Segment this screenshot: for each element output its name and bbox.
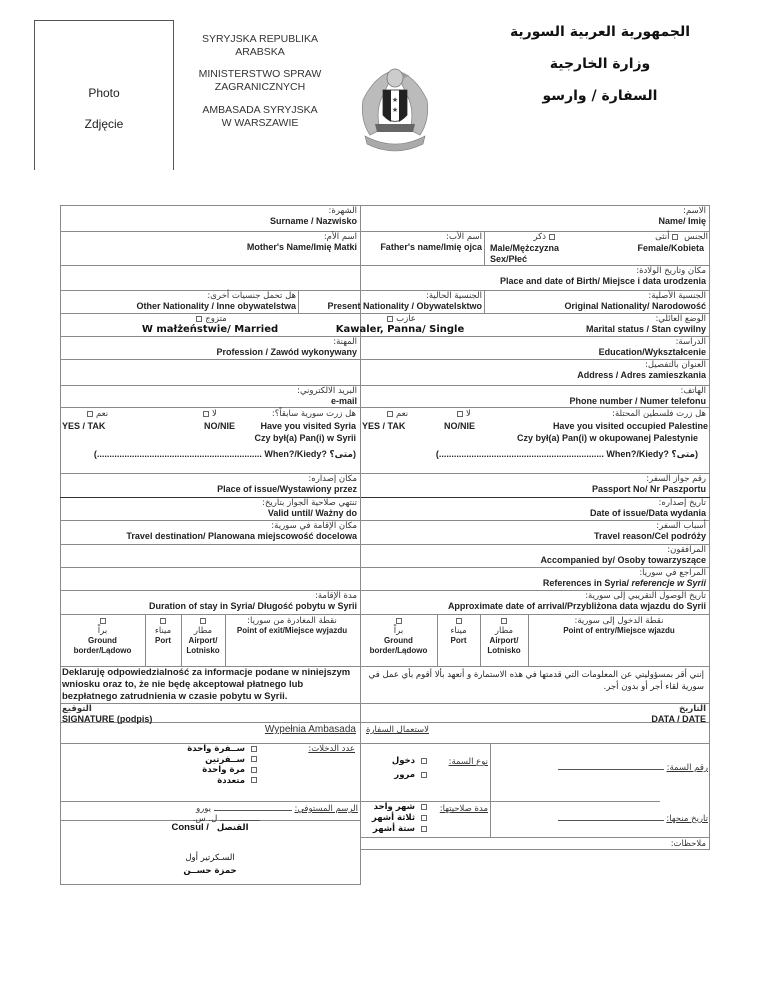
entry-ground-option[interactable]: براً Ground border/Lądowo	[360, 616, 437, 656]
visited-syria-when-field[interactable]: (متى؟ ?When?/Kiedy .....................…	[62, 449, 356, 460]
marital-status-label: الوضع العائلي: Marital status / Stan cyw…	[520, 314, 706, 334]
visited-palestine-when-field[interactable]: (متى؟ ?When?/Kiedy .....................…	[362, 449, 698, 460]
validity-checkbox[interactable]	[421, 815, 427, 821]
visa-type-options: دخول مرور	[370, 754, 430, 782]
present-nationality-field[interactable]: الجنسية الحالية: Present Nationality / O…	[300, 291, 482, 311]
secretary-name: حمزة حســن	[60, 866, 360, 876]
married-option[interactable]: متزوج W małżeństwie/ Married	[110, 314, 310, 335]
entry-port-option[interactable]: ميناء Port	[437, 616, 480, 646]
validity-label: مدة صلاحيتها:	[420, 804, 488, 814]
entries-count-label: عدد الدخلات:	[250, 744, 355, 754]
exit-ground-option[interactable]: براً Ground border/Lądowo	[60, 616, 145, 656]
entries-options: ســفرة واحدة ســفرتين مرة واحدة متعددة	[140, 744, 260, 786]
exit-ground-checkbox[interactable]	[100, 618, 106, 624]
entries-option-checkbox[interactable]	[251, 746, 257, 752]
entry-airport-option[interactable]: مطار Airport/ Lotnisko	[480, 616, 528, 656]
duration-of-stay-field[interactable]: مدة الإقامة:Duration of stay in Syria/ D…	[62, 591, 357, 611]
entry-ground-checkbox[interactable]	[396, 618, 402, 624]
visa-number-field[interactable]: رقم السمة:	[494, 763, 708, 773]
grant-date-field[interactable]: تاريخ منحها:	[494, 814, 708, 824]
visa-type-label: نوع السمة:	[430, 757, 488, 767]
surname-field[interactable]: الشهرة: Surname / Nazwisko	[62, 206, 357, 226]
date-field[interactable]: التاريخ DATA / DATE	[362, 704, 706, 724]
arrival-date-field[interactable]: تاريخ الوصول التقريبي إلى سورية:Approxim…	[362, 591, 706, 611]
email-field[interactable]: البريد الالكتروني: e-mail	[62, 386, 357, 406]
visited-syria-yes-checkbox[interactable]	[87, 411, 93, 417]
validity-checkbox[interactable]	[421, 826, 427, 832]
father-name-field[interactable]: اسم الأب: Father's name/Imię ojca	[362, 232, 482, 252]
exit-airport-checkbox[interactable]	[200, 618, 206, 624]
consul-label: Consul / القنصل	[60, 822, 360, 833]
signature-field[interactable]: التوقيع SIGNATURE (podpis)	[62, 704, 358, 724]
photo-label: Photo	[35, 86, 173, 100]
embassy-use-header-ar: لاستعمال السفارة	[366, 725, 429, 735]
secretary-title: السـكرتير أول	[60, 853, 360, 863]
header-embassy-ar: السفارة / وارسو	[480, 88, 720, 104]
entries-option-checkbox[interactable]	[251, 756, 257, 762]
declaration-text-ar: إنني أقر بمسؤوليتي عن المعلومات التي قدم…	[366, 669, 704, 693]
validity-checkbox[interactable]	[421, 804, 427, 810]
other-nationality-field[interactable]: هل تحمل جنسيات أخرى: Other Nationality /…	[62, 291, 296, 311]
phone-field[interactable]: الهاتف: Phone number / Numer telefonu	[362, 386, 706, 406]
female-checkbox[interactable]	[672, 234, 678, 240]
embassy-use-header-pl: Wypełnia Ambasada	[200, 724, 356, 735]
syrian-eagle-emblem-icon: ★ ★	[355, 60, 435, 155]
exit-port-option[interactable]: ميناء Port	[145, 616, 181, 646]
header-country-pl: SYRYJSKA REPUBLIKAARABSKA	[190, 33, 330, 59]
travel-reason-field[interactable]: أسباب السفر:Travel reason/Cel podróży	[362, 521, 706, 541]
married-checkbox[interactable]	[196, 316, 202, 322]
single-checkbox[interactable]	[387, 316, 393, 322]
accompanied-by-field[interactable]: المرافقون:Accompanied by/ Osoby towarzys…	[362, 545, 706, 565]
passport-number-field[interactable]: رقم جواز السفر:Passport No/ Nr Paszportu	[362, 474, 706, 494]
original-nationality-field[interactable]: الجنسية الأصلية: Original Nationality/ N…	[486, 291, 706, 311]
notes-field[interactable]: ملاحظات:	[366, 839, 706, 849]
birth-field[interactable]: مكان وتاريخ الولادة: Place and date of B…	[362, 266, 706, 286]
visited-syria-no-checkbox[interactable]	[203, 411, 209, 417]
exit-point-label: نقطة المغادرة من سوريا: Point of exit/Mi…	[226, 616, 358, 635]
entry-airport-checkbox[interactable]	[501, 618, 507, 624]
declaration-text-pl: Deklaruję odpowiedzialność za informacje…	[62, 667, 358, 703]
entries-option-checkbox[interactable]	[251, 777, 257, 783]
valid-until-field[interactable]: تنتهي صلاحية الجواز بتاريخ:Valid until/ …	[62, 498, 357, 518]
header-country-ar: الجمهورية العربية السورية	[480, 24, 720, 40]
profession-field[interactable]: المهنة: Profession / Zawód wykonywany	[62, 337, 357, 357]
place-of-issue-field[interactable]: مكان إصداره:Place of issue/Wystawiony pr…	[62, 474, 357, 494]
header-ministry-pl: MINISTERSTWO SPRAWZAGRANICZNYCH	[190, 68, 330, 94]
date-of-issue-field[interactable]: تاريخ إصداره:Date of issue/Data wydania	[362, 498, 706, 518]
male-checkbox[interactable]	[549, 234, 555, 240]
header-embassy-pl: AMBASADA SYRYJSKAW WARSZAWIE	[190, 104, 330, 130]
photo-box: Photo Zdjęcie	[34, 20, 174, 170]
validity-options: شهر واحد ثلاثة أشهر ستة أشهر	[364, 802, 430, 835]
visited-syria-section: هل زرت سورية سابقاً؟: لا نعم YES / TAK N…	[62, 409, 358, 471]
photo-label-pl: Zdjęcie	[35, 117, 173, 131]
single-option[interactable]: عازب Kawaler, Panna/ Single	[300, 314, 500, 335]
name-field[interactable]: الاسم: Name/ Imię	[362, 206, 706, 226]
references-field[interactable]: المراجع في سوريا: References in Syria/ r…	[362, 568, 706, 588]
entries-option-checkbox[interactable]	[251, 767, 257, 773]
exit-airport-option[interactable]: مطار Airport/ Lotnisko	[181, 616, 225, 656]
visited-palestine-yes-checkbox[interactable]	[387, 411, 393, 417]
header-ministry-ar: وزارة الخارجية	[480, 56, 720, 72]
mother-name-field[interactable]: اسم الأم: Mother's Name/Imię Matki	[62, 232, 357, 252]
travel-destination-field[interactable]: مكان الإقامة في سورية:Travel destination…	[62, 521, 357, 541]
entry-port-checkbox[interactable]	[456, 618, 462, 624]
visited-palestine-no-checkbox[interactable]	[457, 411, 463, 417]
exit-port-checkbox[interactable]	[160, 618, 166, 624]
education-field[interactable]: الدراسة: Education/Wykształcenie	[362, 337, 706, 357]
fee-euro-field[interactable]: الرسم المستوفي: يورو	[130, 804, 358, 814]
svg-text:★: ★	[392, 106, 398, 114]
address-field[interactable]: العنوان بالتفصيل: Address / Adres zamies…	[362, 360, 706, 380]
visa-type-checkbox[interactable]	[421, 772, 427, 778]
visa-type-checkbox[interactable]	[421, 758, 427, 764]
visited-palestine-section: هل زرت فلسطين المحتلة: لا نعم YES / TAK …	[362, 409, 708, 471]
entry-point-label: نقطة الدخول إلى سورية: Point of entry/Mi…	[530, 616, 708, 635]
svg-text:★: ★	[392, 96, 398, 104]
